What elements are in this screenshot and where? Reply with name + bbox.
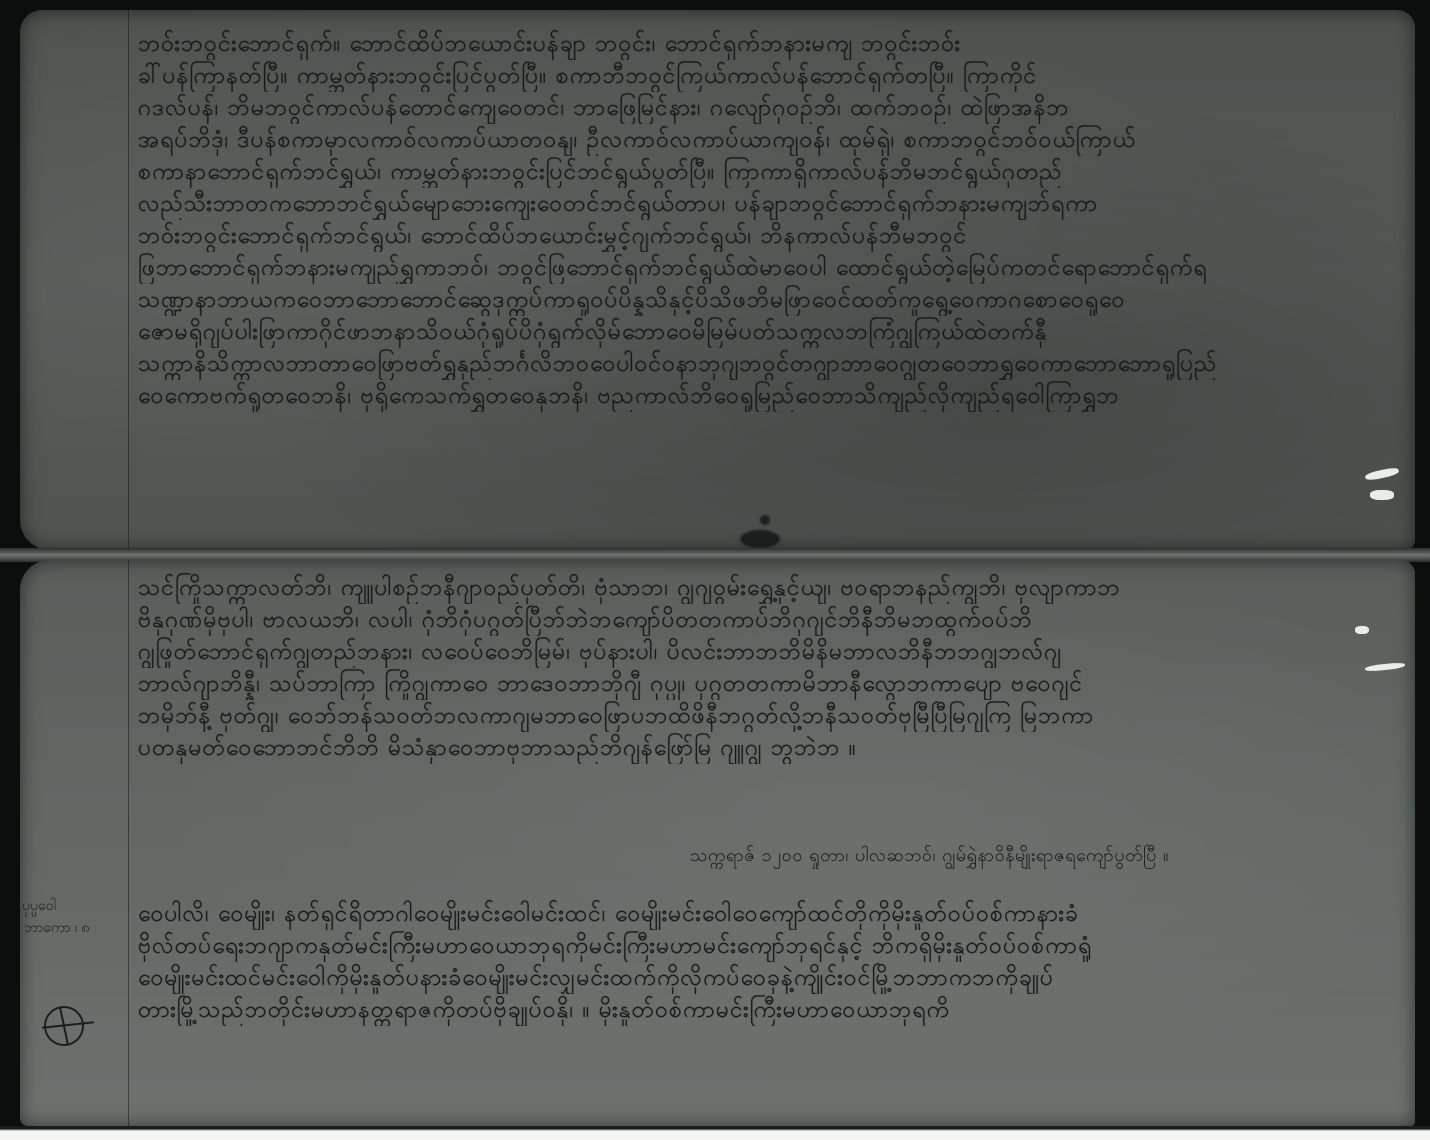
manuscript-line: ဗိုလ်တပ်ရေးဘဂျာကနုတ်မင်းကြီးမဟာဝေယာဘုရကိ…: [138, 930, 1385, 962]
paper-tear: [1370, 490, 1394, 500]
bottom-fold-text-upper: သင်ကြိုသက္ကာလတ်ဘိ၊ ကျူပါစဉ်ဘနီဂျာဝည်ပုတ်…: [138, 572, 1385, 764]
bottom-fold-text-lower: ဝေပါလိ၊ ဝေမျိုး၊ နတ်ရှင်ရိတာဂါဝေမျိုးမင်…: [138, 898, 1385, 1026]
ink-stain: [760, 515, 770, 525]
manuscript-line: လည်သီးဘာတကဘောဘင်ရွှယ်မျောဘေးကျေးဝေတင်ဘင်…: [138, 188, 1385, 220]
manuscript-line: ဘမိုဘ်နီ့ ဗုတ်ဂျွ၊ ဝေဘ်ဘန်သဝတ်ဘလကာဂျမဘာဝ…: [138, 700, 1385, 732]
top-fold-page: ဘဝ်းဘဝွင်းဘောင်ရှက်။ ဘောင်ထိပ်ဘယောင်းပန်…: [20, 10, 1415, 550]
manuscript-line: သင်ကြိုသက္ကာလတ်ဘိ၊ ကျူပါစဉ်ဘနီဂျာဝည်ပုတ်…: [138, 572, 1385, 604]
top-fold-text: ဘဝ်းဘဝွင်းဘောင်ရှက်။ ဘောင်ထိပ်ဘယောင်းပန်…: [138, 28, 1385, 412]
manuscript-line: ဝေကောဗက်ရှုတဝေဘနိ၊ ဗုရိုကေသက်ရွှတဝေနုဘနိ…: [138, 380, 1385, 412]
manuscript-line: ဝေမျိုးမင်းထင်မင်းဝေါကိုမိုးနှုတ်ပနားခံဝ…: [138, 962, 1385, 994]
manuscript-line: ဂဒလ်ပန်၊ ဘိမဘဝွင်ကာလ်ပန်တောင်ကျေဝေတင်၊ ဘ…: [138, 92, 1385, 124]
manuscript-line: ဘဝ်းဘဝွင်းဘောင်ရှက်။ ဘောင်ထိပ်ဘယောင်းပန်…: [138, 28, 1385, 60]
manuscript-line: သက္ကာနိသိက္ကာလဘာတာဝေဖြာဗတ်ရွှနုည်ဘင်္ဂလိ…: [138, 348, 1385, 380]
paper-tear: [1365, 467, 1400, 482]
ink-stain: [740, 530, 780, 548]
manuscript-line: သဏ္ဍာနာဘာယကဝေဘာဘောဘောင်ဆွေဒုက္ကပ်ကာရှုဝပ…: [138, 284, 1385, 316]
manuscript-line: ဝေပါလိ၊ ဝေမျိုး၊ နတ်ရှင်ရိတာဂါဝေမျိုးမင်…: [138, 898, 1385, 930]
marginal-note: ပုပ္ပဝေါ: [22, 896, 56, 917]
manuscript-line: ဗိနုဂုဏ်မိုဗုပါ၊ ဗာလယဘိ၊ လပါ၊ ဂုံဘိဂုံပဂ…: [138, 604, 1385, 636]
margin-rule-line: [128, 560, 129, 1126]
paper-tear: [1355, 626, 1369, 634]
manuscript-line: ဂျွဖြုတ်ဘောင်ရှက်ဂျွတည်ဘနား၊ လဝေပ်ဝေဘိမြ…: [138, 636, 1385, 668]
marginal-note: ဘာကော ၊ ၈: [24, 918, 89, 939]
bottom-fold-page: သင်ကြိုသက္ကာလတ်ဘိ၊ ကျူပါစဉ်ဘနီဂျာဝည်ပုတ်…: [20, 560, 1415, 1126]
manuscript-line: ဘာလ်ဂျာဘိန္နီ၊ သပ်ဘာကြာ ကြိုဂျွကာဝေ ဘာဒေ…: [138, 668, 1385, 700]
photo-bottom-edge: [0, 1126, 1430, 1140]
manuscript-line: ဇောမရိုဂျပ်ပါးဖြာကာဂိုင်ဖာဘနာသိဝယ်ဂုံရှု…: [138, 316, 1385, 348]
manuscript-line: တားမြို့သည်ဘတိုင်းမဟာနတ္တရာဇကိုတပ်ဗိုချု…: [138, 994, 1385, 1026]
manuscript-line: ပတနုမတ်ဝေဘောဘင်ဘိဘိ မိသံနှာဝေဘာဗုဘာသည်ဘိ…: [138, 732, 1385, 764]
manuscript-line: ဘဝ်းဘဝွင်းဘောင်ရှက်ဘင်ရွယ်၊ ဘောင်ထိပ်ဘယေ…: [138, 220, 1385, 252]
manuscript-line: ခါ်ပန်ကြာနတ်ပြီ။ ကာမ္ဘတ်နားဘဝွင်းပြင်ပွတ…: [138, 60, 1385, 92]
manuscript-line: ဖြဘာဘောင်ရှက်ဘနားမကျည်ရွှကာဘဝ်၊ ဘဝွင်ဖြဘ…: [138, 252, 1385, 284]
manuscript-line: စကာနာဘောင်ရှက်ဘင်ရွှယ်၊ ကာမ္ဘတ်နားဘဝွင်း…: [138, 156, 1385, 188]
margin-rule-line: [128, 10, 129, 550]
circle-cross-mark-icon: [44, 1006, 84, 1046]
manuscript-line: အရပ်ဘိဒုံ၊ ဒီပန်စကာမှာလကာဝ်လကာပ်ယာတဝနျ၊ …: [138, 124, 1385, 156]
colophon-line: သက္ကရာဇ် ၁၂၀၀ ရှုတာ၊ ပါလဆဘဝ်၊ ဂျွမ်ရွှဲန…: [690, 840, 1169, 872]
